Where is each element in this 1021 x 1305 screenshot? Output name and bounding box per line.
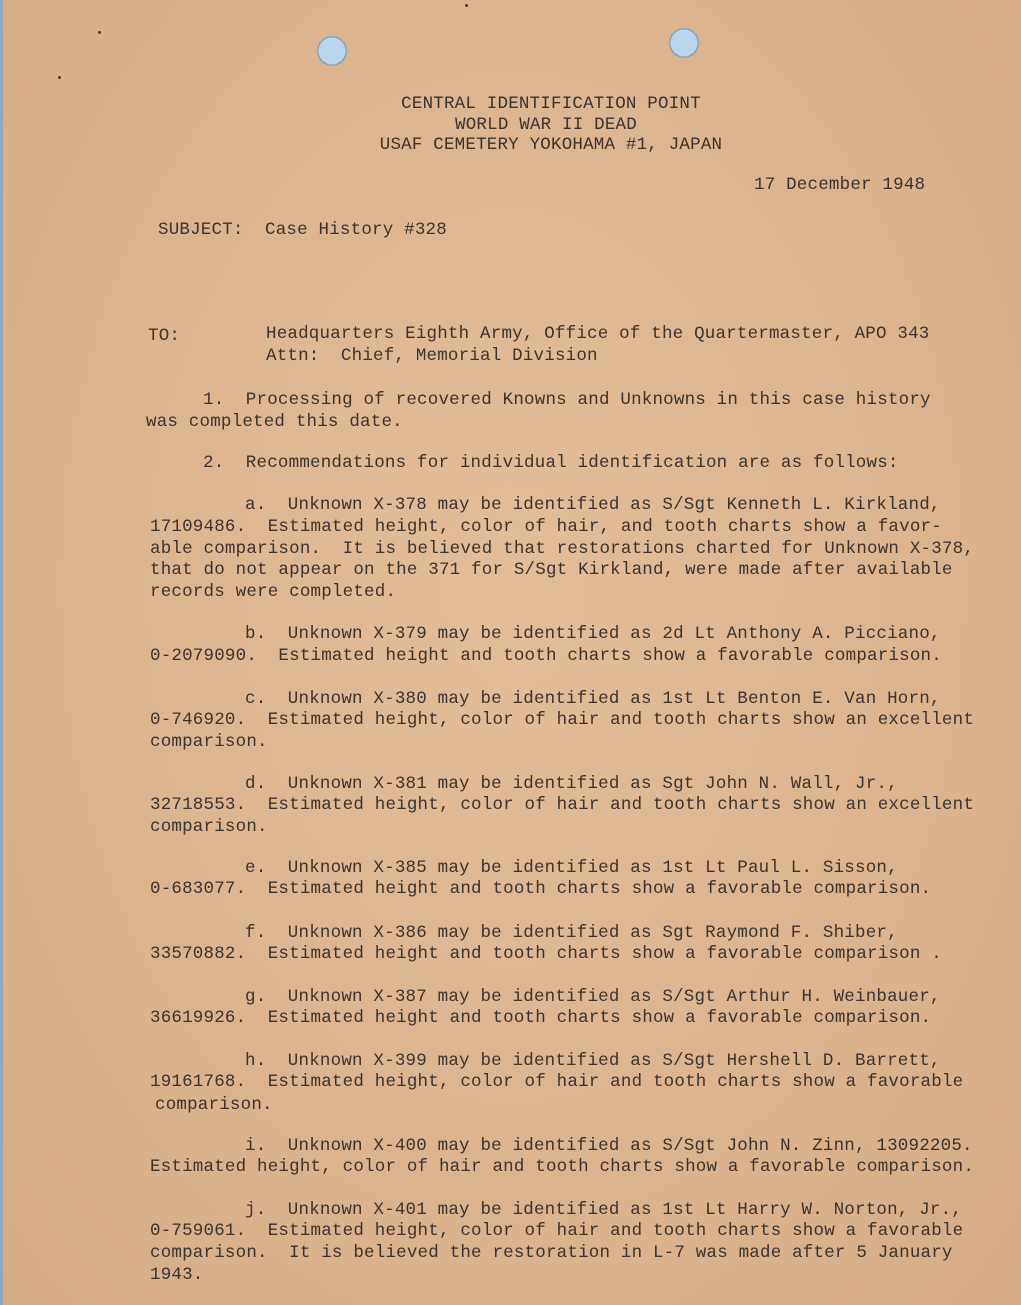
recommendation-f-line-1: f. Unknown X-386 may be identified as Sg…: [245, 925, 898, 943]
recommendation-c-line-3: comparison.: [150, 734, 268, 752]
recommendation-a-line-2: 17109486. Estimated height, color of hai…: [150, 519, 942, 537]
recommendation-b-line-1: b. Unknown X-379 may be identified as 2d…: [245, 626, 941, 644]
header-line-3: USAF CEMETERY YOKOHAMA #1, JAPAN: [0, 137, 1021, 155]
subject-value: Case History #328: [265, 222, 447, 240]
header-line-1: CENTRAL IDENTIFICATION POINT: [0, 96, 1021, 114]
to-address-line-2: Attn: Chief, Memorial Division: [266, 348, 598, 366]
recommendation-h-line-1: h. Unknown X-399 may be identified as S/…: [245, 1053, 941, 1071]
header-line-2: WORLD WAR II DEAD: [0, 117, 1021, 135]
recommendation-b-line-2: 0-2079090. Estimated height and tooth ch…: [150, 648, 942, 666]
document-date: 17 December 1948: [754, 177, 925, 195]
recommendation-j-line-3: comparison. It is believed the restorati…: [150, 1245, 953, 1263]
recommendation-c-line-2: 0-746920. Estimated height, color of hai…: [150, 712, 974, 730]
recommendation-d-line-3: comparison.: [150, 819, 268, 837]
recommendation-g-line-1: g. Unknown X-387 may be identified as S/…: [245, 989, 941, 1007]
recommendation-a-line-1: a. Unknown X-378 may be identified as S/…: [245, 497, 941, 515]
subject-label: SUBJECT:: [158, 222, 244, 240]
recommendation-j-line-2: 0-759061. Estimated height, color of hai…: [150, 1223, 963, 1241]
paragraph-1-line-1: 1. Processing of recovered Knowns and Un…: [203, 392, 931, 410]
to-label: TO:: [148, 328, 180, 346]
recommendation-i-line-2: Estimated height, color of hair and toot…: [150, 1159, 974, 1177]
recommendation-e-line-2: 0-683077. Estimated height and tooth cha…: [150, 881, 931, 899]
to-address-line-1: Headquarters Eighth Army, Office of the …: [266, 326, 930, 344]
paragraph-2: 2. Recommendations for individual identi…: [203, 455, 899, 473]
recommendation-c-line-1: c. Unknown X-380 may be identified as 1s…: [245, 691, 941, 709]
punch-hole-left: [317, 36, 347, 66]
recommendation-j-line-4: 1943.: [150, 1267, 204, 1285]
recommendation-h-line-3: comparison.: [155, 1097, 273, 1115]
recommendation-d-line-2: 32718553. Estimated height, color of hai…: [150, 797, 974, 815]
recommendation-h-line-2: 19161768. Estimated height, color of hai…: [150, 1074, 963, 1092]
paragraph-1-line-2: was completed this date.: [146, 414, 403, 432]
recommendation-a-line-4: that do not appear on the 371 for S/Sgt …: [150, 562, 953, 580]
recommendation-a-line-3: able comparison. It is believed that res…: [150, 541, 974, 559]
speck: [465, 4, 468, 7]
recommendation-f-line-2: 33570882. Estimated height and tooth cha…: [150, 946, 942, 964]
recommendation-i-line-1: i. Unknown X-400 may be identified as S/…: [245, 1138, 973, 1156]
recommendation-g-line-2: 36619926. Estimated height and tooth cha…: [150, 1010, 931, 1028]
recommendation-e-line-1: e. Unknown X-385 may be identified as 1s…: [245, 860, 898, 878]
recommendation-j-line-1: j. Unknown X-401 may be identified as 1s…: [245, 1202, 962, 1220]
punch-hole-right: [669, 28, 699, 58]
speck: [98, 31, 101, 34]
recommendation-d-line-1: d. Unknown X-381 may be identified as Sg…: [245, 776, 898, 794]
recommendation-a-line-5: records were completed.: [150, 584, 396, 602]
speck: [58, 76, 61, 79]
